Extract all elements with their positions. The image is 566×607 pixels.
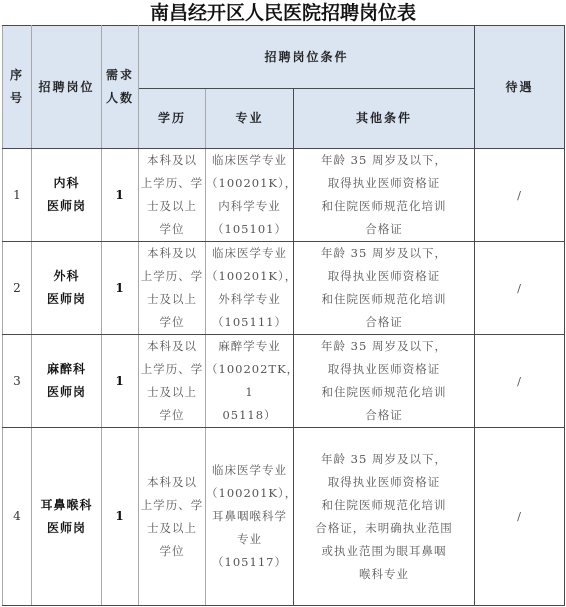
text-line: 医师岗 [32,517,101,540]
row-count: 1 [102,242,139,335]
text-line: 士及以上 [139,195,205,218]
text-line: 年龄 35 周岁及以下， [294,149,474,172]
text-line: 合格证 [294,404,474,427]
text-line: 年龄 35 周岁及以下， [294,242,474,265]
text-line: 外科 [32,265,101,288]
row-seq: 4 [3,428,32,606]
row-other: 年龄 35 周岁及以下，取得执业医师资格证和住院医师规范化培训合格证 [294,242,475,335]
text-line: 外科学专业 [206,288,293,311]
row-education: 本科及以上学历、学士及以上学位 [139,428,206,606]
row-position: 外科医师岗 [32,242,102,335]
row-count: 1 [102,149,139,242]
text-line: 合格证 [294,218,474,241]
text-line: （105111） [206,311,293,334]
table-row: 3 麻醉科医师岗 1 本科及以上学历、学士及以上学位 麻醉学专业（100202T… [3,335,565,428]
text-line: 和住院医师规范化培训 [294,381,474,404]
text-line: 士及以上 [139,288,205,311]
text-line: 取得执业医师资格证 [294,265,474,288]
row-position: 耳鼻喉科医师岗 [32,428,102,606]
row-count: 1 [102,335,139,428]
text-line: 合格证 [294,311,474,334]
row-other: 年龄 35 周岁及以下，取得执业医师资格证和住院医师规范化培训合格证，未明确执业… [294,428,475,606]
text-line: 和住院医师规范化培训 [294,494,474,517]
header-other: 其他条件 [294,89,475,149]
header-count-line: 需求 [102,64,138,87]
text-line: 临床医学专业 [206,149,293,172]
text-line: （105101） [206,218,293,241]
text-line: 士及以上 [139,517,205,540]
row-seq: 3 [3,335,32,428]
text-line: 专业（105117） [206,528,293,574]
text-line: （100201K）， [206,172,293,195]
text-line: 本科及以 [139,149,205,172]
page-title: 南昌经开区人民医院招聘岗位表 [0,0,566,25]
text-line: 医师岗 [32,195,101,218]
header-major: 专业 [206,89,294,149]
text-line: 内科学专业 [206,195,293,218]
text-line: 本科及以 [139,335,205,358]
text-line: 上学历、学 [139,494,205,517]
row-other: 年龄 35 周岁及以下，取得执业医师资格证和住院医师规范化培训合格证 [294,149,475,242]
row-major: 麻醉学专业（100202TK，105118） [206,335,294,428]
text-line: 取得执业医师资格证 [294,358,474,381]
text-line: 麻醉学专业 [206,335,293,358]
text-line: 上学历、学 [139,358,205,381]
header-count-line: 人数 [102,87,138,110]
text-line: 学位 [139,218,205,241]
row-position: 麻醉科医师岗 [32,335,102,428]
row-treatment: / [475,149,565,242]
text-line: 和住院医师规范化培训 [294,288,474,311]
row-education: 本科及以上学历、学士及以上学位 [139,335,206,428]
text-line: 年龄 35 周岁及以下， [294,448,474,471]
text-line: （100201K）， [206,482,293,505]
header-conditions: 招聘岗位条件 [139,26,475,89]
header-treatment: 待遇 [475,26,565,149]
text-line: 临床医学专业 [206,242,293,265]
row-treatment: / [475,335,565,428]
row-major: 临床医学专业（100201K），耳鼻咽喉科学专业（105117） [206,428,294,606]
text-line: 医师岗 [32,288,101,311]
text-line: 取得执业医师资格证 [294,471,474,494]
text-line: 上学历、学 [139,265,205,288]
header-position: 招聘岗位 [32,26,102,149]
row-education: 本科及以上学历、学士及以上学位 [139,149,206,242]
header-seq: 序 号 [3,26,32,149]
row-count: 1 [102,428,139,606]
text-line: 临床医学专业 [206,459,293,482]
table-row: 4 耳鼻喉科医师岗 1 本科及以上学历、学士及以上学位 临床医学专业（10020… [3,428,565,606]
row-major: 临床医学专业（100201K），外科学专业（105111） [206,242,294,335]
text-line: 耳鼻喉科 [32,494,101,517]
row-other: 年龄 35 周岁及以下，取得执业医师资格证和住院医师规范化培训合格证 [294,335,475,428]
text-line: 05118） [206,404,293,427]
text-line: 医师岗 [32,381,101,404]
text-line: 取得执业医师资格证 [294,172,474,195]
row-education: 本科及以上学历、学士及以上学位 [139,242,206,335]
header-seq-line: 号 [3,87,31,110]
text-line: 和住院医师规范化培训 [294,195,474,218]
text-line: 喉科专业 [294,563,474,586]
row-position: 内科医师岗 [32,149,102,242]
text-line: 学位 [139,540,205,563]
text-line: 年龄 35 周岁及以下， [294,335,474,358]
text-line: 学位 [139,311,205,334]
text-line: （100201K）， [206,265,293,288]
row-seq: 1 [3,149,32,242]
text-line: （100202TK，1 [206,358,293,404]
text-line: 本科及以 [139,242,205,265]
row-major: 临床医学专业（100201K），内科学专业（105101） [206,149,294,242]
header-count: 需求 人数 [102,26,139,149]
text-line: 耳鼻咽喉科学 [206,505,293,528]
text-line: 麻醉科 [32,358,101,381]
header-seq-line: 序 [3,64,31,87]
text-line: 上学历、学 [139,172,205,195]
table-row: 2 外科医师岗 1 本科及以上学历、学士及以上学位 临床医学专业（100201K… [3,242,565,335]
text-line: 合格证，未明确执业范围 [294,517,474,540]
text-line: 或执业范围为眼耳鼻咽 [294,540,474,563]
row-treatment: / [475,428,565,606]
table-row: 1 内科医师岗 1 本科及以上学历、学士及以上学位 临床医学专业（100201K… [3,149,565,242]
header-education: 学历 [139,89,206,149]
row-seq: 2 [3,242,32,335]
text-line: 学位 [139,404,205,427]
row-treatment: / [475,242,565,335]
text-line: 内科 [32,172,101,195]
text-line: 士及以上 [139,381,205,404]
text-line: 本科及以 [139,471,205,494]
recruitment-table: 序 号 招聘岗位 需求 人数 招聘岗位条件 待遇 学历 专业 其他条件 1 内科… [2,25,565,606]
